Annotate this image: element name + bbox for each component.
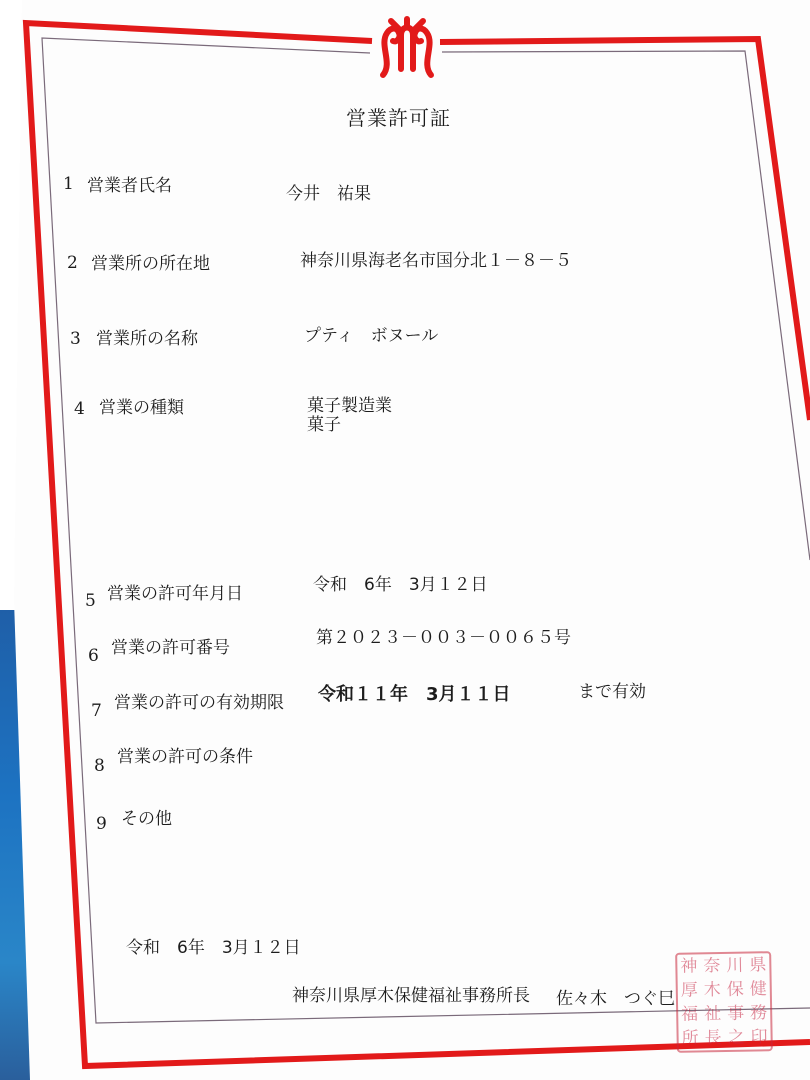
kanagawa-emblem-icon [375,15,439,81]
item-value-permit-number: 第２０２３－００３－００６５号 [316,630,571,647]
item-value-validity-period: 令和１１年 3月１１日 [318,686,511,704]
seal-char: 木 [701,978,724,1002]
seal-char: 健 [747,977,770,1001]
seal-char: 長 [701,1026,724,1050]
item-number: 8 [94,758,105,775]
seal-char: 祉 [701,1002,724,1026]
item-value-business-type-line1: 菓子製造業 [307,398,392,415]
item-number: 4 [74,401,85,418]
item-label-permit-number: 営業の許可番号 [111,640,230,657]
item-label-permit-date: 営業の許可年月日 [107,586,243,603]
seal-char: 奈 [700,954,723,978]
item-value-permit-date: 令和 6年 3月１２日 [313,577,488,594]
issuer-name: 佐々木 つぐ巳 [556,991,675,1008]
item-number: 2 [67,255,78,272]
item-value-operator-name: 今井 祐果 [286,186,371,203]
seal-char: 神 [677,954,700,978]
item-label-location: 営業所の所在地 [91,256,210,273]
seal-char: 務 [747,1001,770,1025]
seal-char: 福 [678,1002,701,1026]
item-value-validity-suffix: まで有効 [578,684,646,701]
certificate-paper [0,0,810,1080]
item-label-permit-conditions: 営業の許可の条件 [117,749,253,766]
item-label-business-name: 営業所の名称 [96,331,198,348]
seal-char: 保 [724,978,747,1002]
item-label-operator-name: 営業者氏名 [87,178,172,195]
item-number: 9 [96,816,107,833]
item-number: 1 [63,176,74,193]
seal-char: 之 [724,1026,747,1050]
item-value-location: 神奈川県海老名市国分北１－８－５ [300,253,572,270]
issue-date: 令和 6年 3月１２日 [126,940,301,957]
item-number: 3 [70,331,81,348]
document-title: 営業許可証 [346,108,451,128]
item-value-business-type-line2: 菓子 [307,417,341,434]
item-label-validity-period: 営業の許可の有効期限 [114,695,284,712]
item-label-other: その他 [121,811,172,828]
item-number: 6 [88,648,99,665]
issuer-office: 神奈川県厚木保健福祉事務所長 [292,988,530,1005]
item-label-business-type: 営業の種類 [99,400,184,417]
seal-char: 川 [723,954,746,978]
item-number: 7 [91,703,102,720]
seal-char: 印 [747,1025,770,1049]
seal-char: 県 [746,953,769,977]
item-number: 5 [85,593,96,610]
seal-char: 事 [724,1002,747,1026]
item-value-business-name: プティ ボヌール [304,328,438,345]
seal-char: 所 [678,1026,701,1050]
official-seal: 神 奈 川 県 厚 木 保 健 福 祉 事 務 所 長 之 印 [675,951,773,1053]
seal-char: 厚 [678,978,701,1002]
